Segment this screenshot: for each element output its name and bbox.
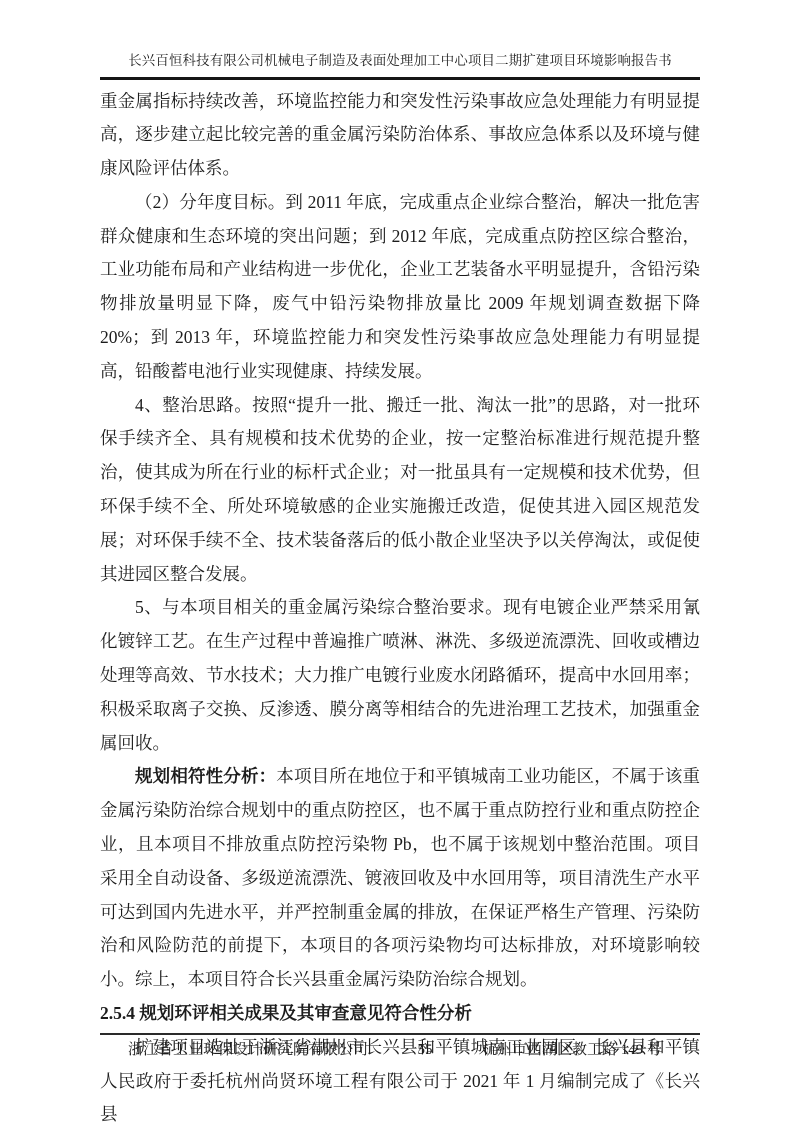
report-title: 长兴百恒科技有限公司机械电子制造及表面处理加工中心项目二期扩建项目环境影响报告书 [100, 52, 700, 69]
document-page: 长兴百恒科技有限公司机械电子制造及表面处理加工中心项目二期扩建项目环境影响报告书… [0, 0, 800, 1131]
body-text: 重金属指标持续改善，环境监控能力和突发性污染事故应急处理能力有明显提高，逐步建立… [100, 85, 700, 1131]
header-rule [100, 77, 700, 80]
body-paragraph: （2）分年度目标。到 2011 年底，完成重点企业综合整治，解决一批危害群众健康… [100, 186, 700, 389]
body-paragraph: 规划相符性分析：本项目所在地位于和平镇城南工业功能区，不属于该重金属污染防治综合… [100, 760, 700, 997]
page-header: 长兴百恒科技有限公司机械电子制造及表面处理加工中心项目二期扩建项目环境影响报告书 [100, 0, 700, 80]
body-paragraph: 重金属指标持续改善，环境监控能力和突发性污染事故应急处理能力有明显提高，逐步建立… [100, 85, 700, 186]
footer-company: 浙江省工业环保设计研究院有限公司 [128, 1039, 368, 1061]
paragraph-bold-lead: 规划相符性分析： [135, 766, 276, 786]
body-paragraph: 5、与本项目相关的重金属污染综合整治要求。现有电镀企业严禁采用氰化镀锌工艺。在生… [100, 591, 700, 760]
section-heading: 2.5.4 规划环评相关成果及其审查意见符合性分析 [100, 997, 700, 1031]
body-paragraph: 4、整治思路。按照“提升一批、搬迁一批、淘汰一批”的思路，对一批环保手续齐全、具… [100, 389, 700, 592]
footer-address: 杭州市西湖区教工路 149 号 [482, 1039, 662, 1061]
footer-page-number: 55 [418, 1039, 433, 1061]
paragraph-text: 本项目所在地位于和平镇城南工业功能区，不属于该重金属污染防治综合规划中的重点防控… [100, 766, 700, 989]
page-footer: 浙江省工业环保设计研究院有限公司 55 杭州市西湖区教工路 149 号 [100, 1033, 700, 1061]
